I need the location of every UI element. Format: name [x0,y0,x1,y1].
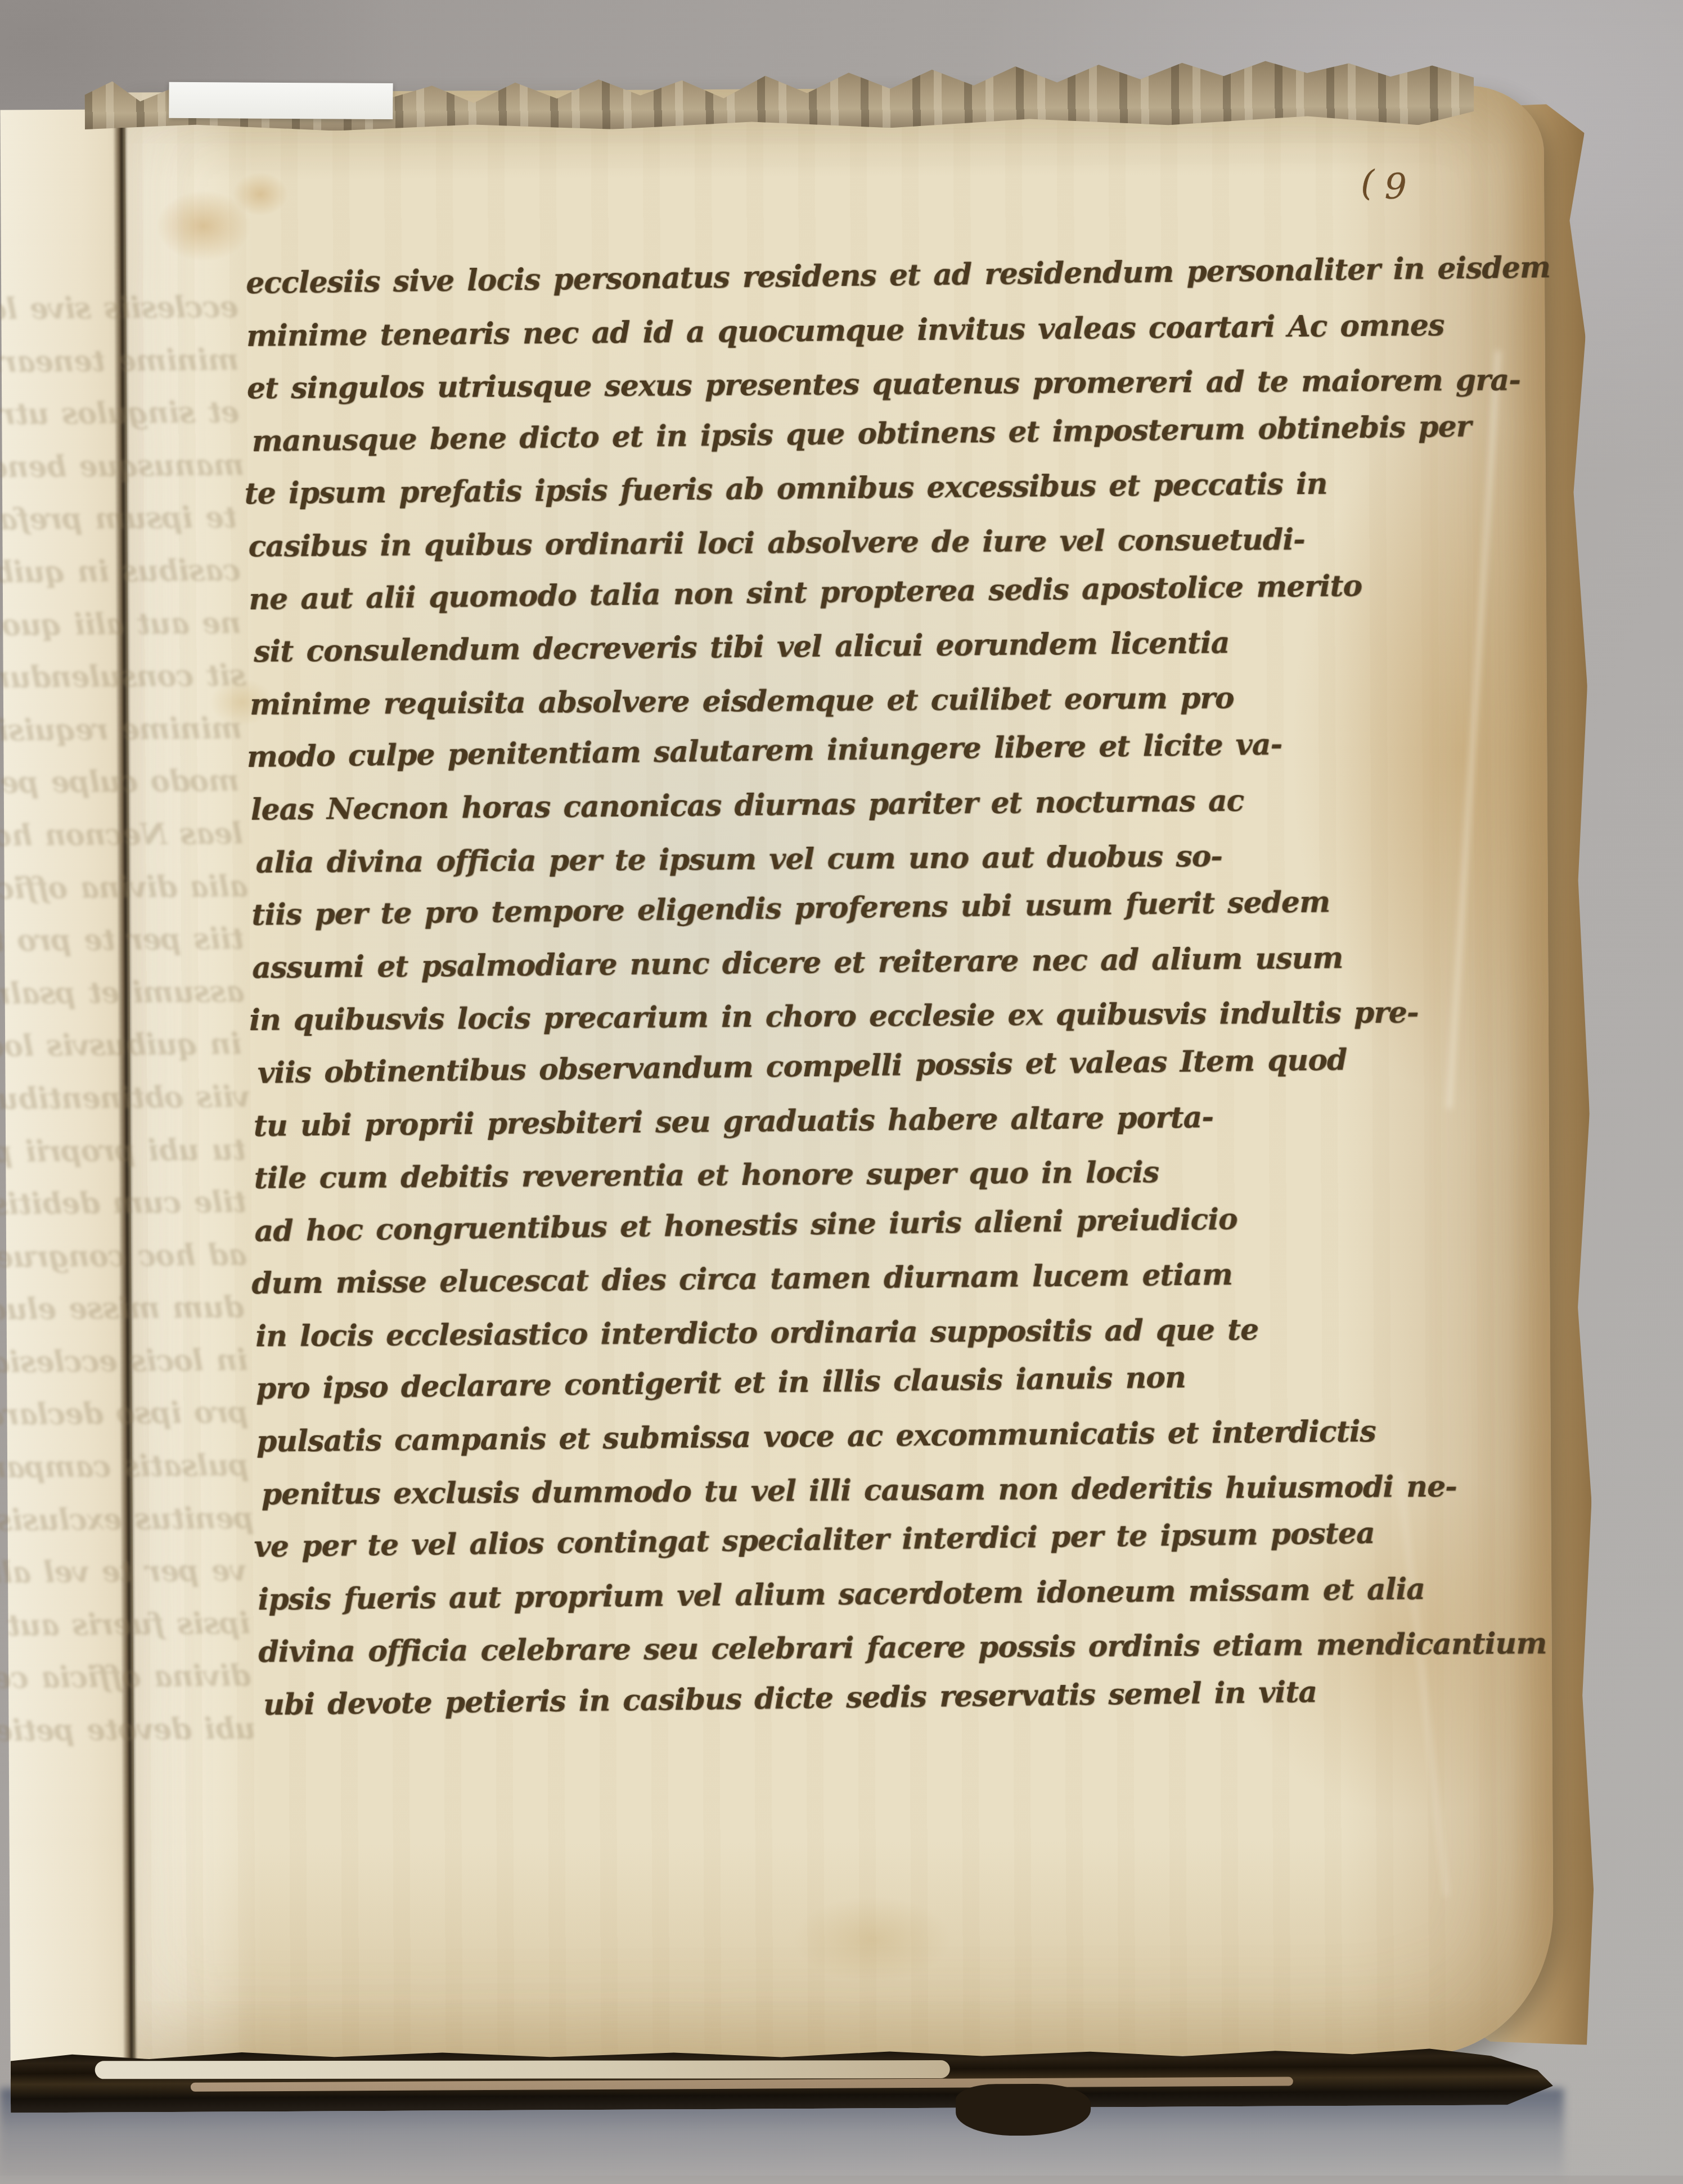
folio-digit: 9 [1384,165,1409,206]
manuscript-line: minime tenearis nec ad id a quocumque in… [246,300,1352,362]
manuscript-line: te ipsum prefatis ipsis fueris ab omnibu… [244,458,1353,520]
handwriting-layer: ecclesiis sive locis personatus residens… [246,247,1365,1731]
manuscript-line: dum misse elucescat dies circa tamen diu… [251,1247,1361,1310]
manuscript-line: ipsis fueris aut proprium vel alium sace… [258,1563,1363,1626]
paper-crease [1398,1471,1447,1896]
folio-number: (9 [1361,169,1409,204]
cover-fragment [956,2083,1091,2136]
bottom-page-edge-strip [95,2060,950,2079]
manuscript-line: tu ubi proprii presbiteri seu graduatis … [253,1090,1359,1152]
open-book: (9 ecclesiis sive locis personatus resid… [0,52,1625,2153]
paper-crease [1447,350,1500,1109]
manuscript-line: assumi et psalmodiare nunc dicere et rei… [252,932,1358,994]
manuscript-line: leas Necnon horas canonicas diurnas pari… [250,774,1356,836]
manuscript-line: sit consulendum decreveris tibi vel alic… [254,615,1355,678]
manuscript-line: pulsatis campanis et submissa voce ac ex… [256,1405,1362,1468]
manuscript-scan: (9 ecclesiis sive locis personatus resid… [0,0,1683,2176]
bookmark-slip [169,82,393,119]
folio-mark: ( [1361,166,1377,201]
text-block: ecclesiis sive locis personatus residens… [246,247,1365,1731]
